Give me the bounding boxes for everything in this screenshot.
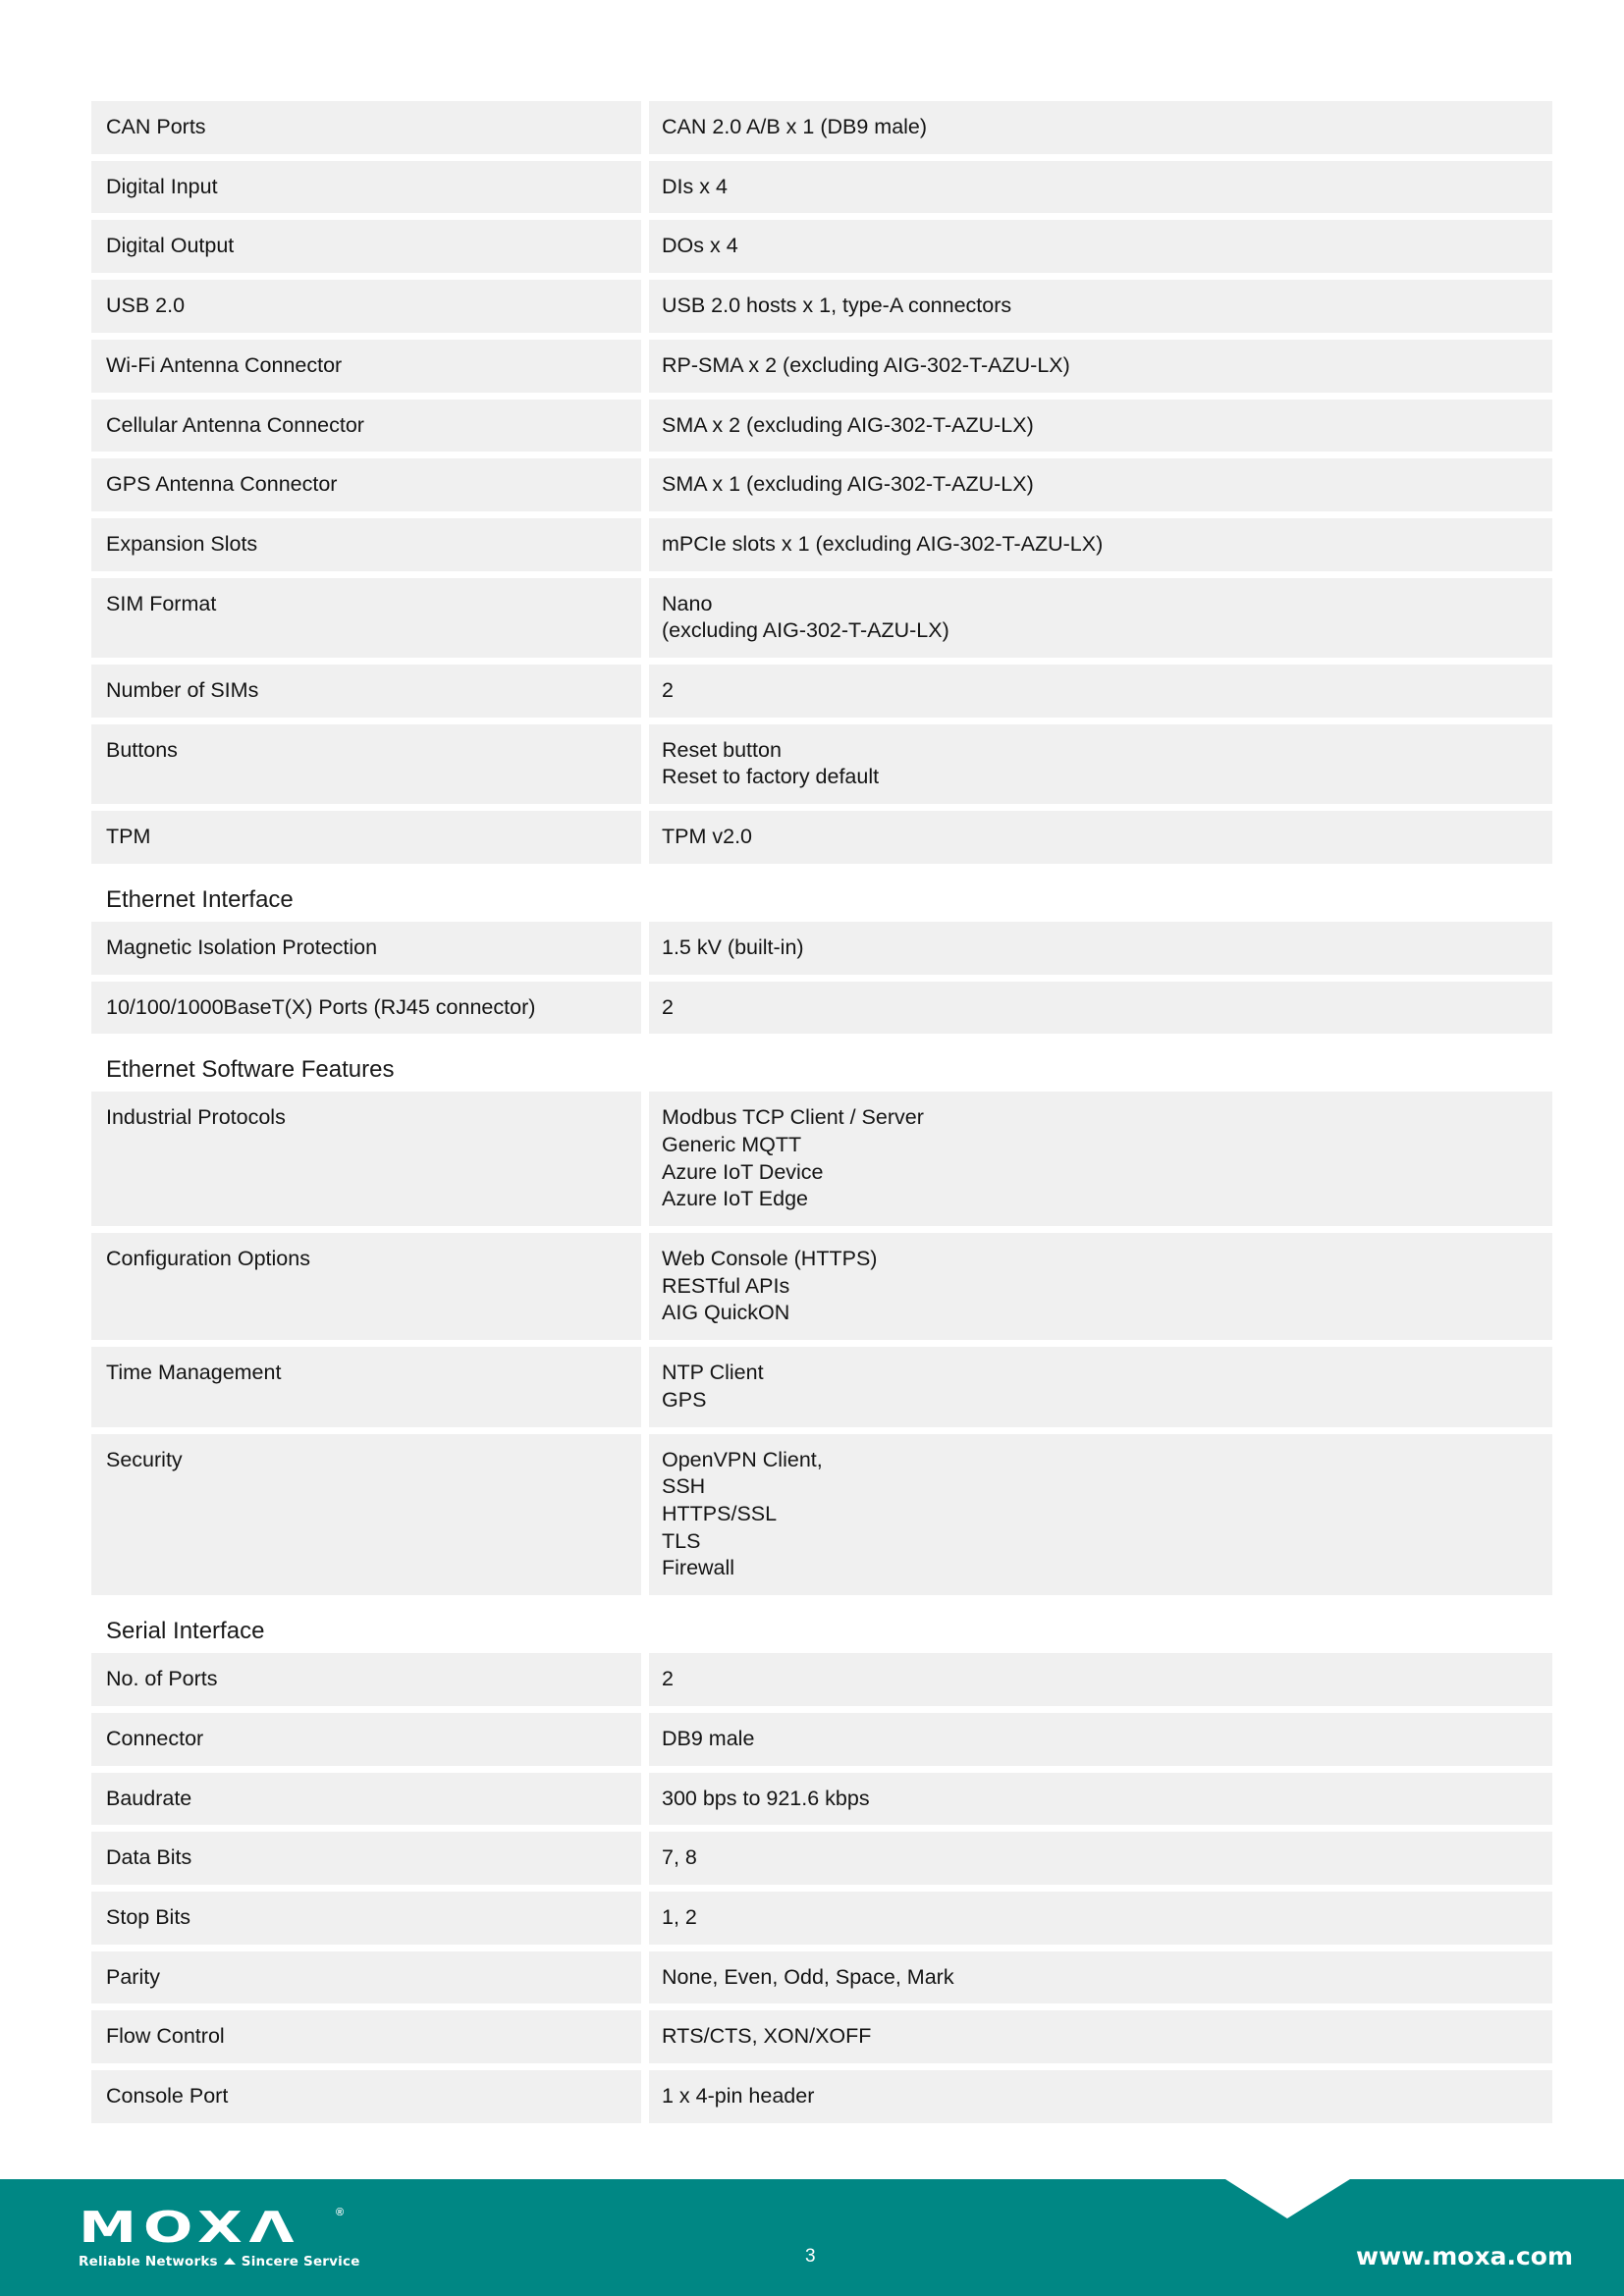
spec-row: ParityNone, Even, Odd, Space, Mark [91, 1951, 1552, 2004]
spec-row: ConnectorDB9 male [91, 1713, 1552, 1766]
spec-label: Security [91, 1434, 641, 1596]
spec-value: DOs x 4 [649, 220, 1552, 273]
spec-value-line: RESTful APIs [662, 1273, 1539, 1301]
spec-value: 2 [649, 982, 1552, 1035]
spec-row: Digital InputDIs x 4 [91, 161, 1552, 214]
spec-value-line: 2 [662, 994, 1539, 1022]
spec-value-line: mPCIe slots x 1 (excluding AIG-302-T-AZU… [662, 531, 1539, 559]
spec-value-line: Modbus TCP Client / Server [662, 1104, 1539, 1132]
spec-value: DIs x 4 [649, 161, 1552, 214]
spec-table: CAN PortsCAN 2.0 A/B x 1 (DB9 male)Digit… [91, 101, 1552, 2130]
tagline-right: Sincere Service [242, 2254, 360, 2269]
registered-mark: ® [336, 2207, 344, 2218]
spec-value: USB 2.0 hosts x 1, type-A connectors [649, 280, 1552, 333]
spec-row: Stop Bits1, 2 [91, 1892, 1552, 1945]
spec-row: CAN PortsCAN 2.0 A/B x 1 (DB9 male) [91, 101, 1552, 154]
moxa-logo: MOXΛ ® Reliable NetworksSincere Service [79, 2209, 360, 2269]
section-header: Ethernet Interface [91, 871, 1552, 915]
spec-label: Parity [91, 1951, 641, 2004]
tagline-left: Reliable Networks [79, 2254, 218, 2269]
spec-label: Connector [91, 1713, 641, 1766]
spec-value-line: 1.5 kV (built-in) [662, 934, 1539, 962]
spec-value: RTS/CTS, XON/XOFF [649, 2010, 1552, 2063]
spec-value: NTP ClientGPS [649, 1347, 1552, 1426]
logo-wordmark: MOXΛ [79, 2209, 300, 2248]
spec-value: mPCIe slots x 1 (excluding AIG-302-T-AZU… [649, 518, 1552, 571]
spec-value: Modbus TCP Client / ServerGeneric MQTTAz… [649, 1092, 1552, 1226]
spec-value: RP-SMA x 2 (excluding AIG-302-T-AZU-LX) [649, 340, 1552, 393]
spec-row: TPMTPM v2.0 [91, 811, 1552, 864]
spec-row: 10/100/1000BaseT(X) Ports (RJ45 connecto… [91, 982, 1552, 1035]
page-footer: MOXΛ ® Reliable NetworksSincere Service … [0, 2179, 1624, 2296]
spec-value-line: AIG QuickON [662, 1300, 1539, 1327]
triangle-icon [224, 2258, 236, 2265]
spec-value-line: CAN 2.0 A/B x 1 (DB9 male) [662, 114, 1539, 141]
spec-value-line: None, Even, Odd, Space, Mark [662, 1964, 1539, 1992]
spec-value-line: Azure IoT Edge [662, 1186, 1539, 1213]
spec-label: Number of SIMs [91, 665, 641, 718]
spec-value-line: Azure IoT Device [662, 1159, 1539, 1187]
spec-label: GPS Antenna Connector [91, 458, 641, 511]
spec-row: Configuration OptionsWeb Console (HTTPS)… [91, 1233, 1552, 1340]
spec-label: Wi-Fi Antenna Connector [91, 340, 641, 393]
spec-value-line: SMA x 2 (excluding AIG-302-T-AZU-LX) [662, 412, 1539, 440]
spec-value-line: 1, 2 [662, 1904, 1539, 1932]
spec-row: USB 2.0USB 2.0 hosts x 1, type-A connect… [91, 280, 1552, 333]
spec-label: Cellular Antenna Connector [91, 400, 641, 453]
section-header: Serial Interface [91, 1602, 1552, 1646]
spec-value: OpenVPN Client,SSHHTTPS/SSLTLSFirewall [649, 1434, 1552, 1596]
spec-value: TPM v2.0 [649, 811, 1552, 864]
spec-value-line: TLS [662, 1528, 1539, 1556]
spec-label: Stop Bits [91, 1892, 641, 1945]
spec-value-line: Web Console (HTTPS) [662, 1246, 1539, 1273]
spec-row: Cellular Antenna ConnectorSMA x 2 (exclu… [91, 400, 1552, 453]
spec-value-line: Reset button [662, 737, 1539, 765]
spec-value: 1.5 kV (built-in) [649, 922, 1552, 975]
spec-value-line: TPM v2.0 [662, 824, 1539, 851]
spec-value-line: 2 [662, 677, 1539, 705]
spec-row: Magnetic Isolation Protection1.5 kV (bui… [91, 922, 1552, 975]
spec-row: No. of Ports2 [91, 1653, 1552, 1706]
spec-value: CAN 2.0 A/B x 1 (DB9 male) [649, 101, 1552, 154]
spec-value-line: SSH [662, 1473, 1539, 1501]
spec-value-line: Nano [662, 591, 1539, 618]
section-header: Ethernet Software Features [91, 1041, 1552, 1085]
spec-row: Baudrate300 bps to 921.6 kbps [91, 1773, 1552, 1826]
spec-value-line: DIs x 4 [662, 174, 1539, 201]
spec-value-line: SMA x 1 (excluding AIG-302-T-AZU-LX) [662, 471, 1539, 499]
spec-value: None, Even, Odd, Space, Mark [649, 1951, 1552, 2004]
spec-label: Baudrate [91, 1773, 641, 1826]
spec-value: 2 [649, 665, 1552, 718]
spec-value-line: NTP Client [662, 1360, 1539, 1387]
spec-label: Configuration Options [91, 1233, 641, 1340]
spec-value: DB9 male [649, 1713, 1552, 1766]
spec-label: Console Port [91, 2070, 641, 2123]
spec-value-line: RP-SMA x 2 (excluding AIG-302-T-AZU-LX) [662, 352, 1539, 380]
spec-row: Flow ControlRTS/CTS, XON/XOFF [91, 2010, 1552, 2063]
spec-value-line: 1 x 4-pin header [662, 2083, 1539, 2110]
page-number: 3 [805, 2246, 816, 2268]
spec-value-line: 7, 8 [662, 1844, 1539, 1872]
spec-value-line: 2 [662, 1666, 1539, 1693]
spec-value: 2 [649, 1653, 1552, 1706]
spec-label: SIM Format [91, 578, 641, 658]
spec-value: 7, 8 [649, 1832, 1552, 1885]
spec-value-line: HTTPS/SSL [662, 1501, 1539, 1528]
spec-label: Buttons [91, 724, 641, 804]
spec-row: Wi-Fi Antenna ConnectorRP-SMA x 2 (exclu… [91, 340, 1552, 393]
spec-value-line: 300 bps to 921.6 kbps [662, 1786, 1539, 1813]
spec-row: SecurityOpenVPN Client,SSHHTTPS/SSLTLSFi… [91, 1434, 1552, 1596]
spec-value-line: OpenVPN Client, [662, 1447, 1539, 1474]
spec-label: Time Management [91, 1347, 641, 1426]
spec-row: Industrial ProtocolsModbus TCP Client / … [91, 1092, 1552, 1226]
spec-row: Time ManagementNTP ClientGPS [91, 1347, 1552, 1426]
spec-value: SMA x 1 (excluding AIG-302-T-AZU-LX) [649, 458, 1552, 511]
spec-value-line: USB 2.0 hosts x 1, type-A connectors [662, 293, 1539, 320]
spec-label: TPM [91, 811, 641, 864]
spec-row: Number of SIMs2 [91, 665, 1552, 718]
spec-row: Console Port1 x 4-pin header [91, 2070, 1552, 2123]
spec-value-line: (excluding AIG-302-T-AZU-LX) [662, 617, 1539, 645]
spec-value: 1 x 4-pin header [649, 2070, 1552, 2123]
spec-row: GPS Antenna ConnectorSMA x 1 (excluding … [91, 458, 1552, 511]
spec-label: CAN Ports [91, 101, 641, 154]
spec-value: 1, 2 [649, 1892, 1552, 1945]
spec-label: No. of Ports [91, 1653, 641, 1706]
spec-value-line: Firewall [662, 1555, 1539, 1582]
logo-tagline: Reliable NetworksSincere Service [79, 2254, 360, 2269]
spec-label: Magnetic Isolation Protection [91, 922, 641, 975]
spec-value-line: DOs x 4 [662, 233, 1539, 260]
spec-value-line: GPS [662, 1387, 1539, 1415]
spec-value: SMA x 2 (excluding AIG-302-T-AZU-LX) [649, 400, 1552, 453]
spec-row: Data Bits7, 8 [91, 1832, 1552, 1885]
spec-value-line: DB9 male [662, 1726, 1539, 1753]
spec-row: ButtonsReset buttonReset to factory defa… [91, 724, 1552, 804]
spec-label: Expansion Slots [91, 518, 641, 571]
spec-row: Expansion SlotsmPCIe slots x 1 (excludin… [91, 518, 1552, 571]
spec-label: Digital Output [91, 220, 641, 273]
spec-value: Web Console (HTTPS)RESTful APIsAIG Quick… [649, 1233, 1552, 1340]
website-link[interactable]: www.moxa.com [1356, 2242, 1573, 2271]
spec-label: USB 2.0 [91, 280, 641, 333]
spec-label: Data Bits [91, 1832, 641, 1885]
spec-label: Industrial Protocols [91, 1092, 641, 1226]
spec-row: Digital OutputDOs x 4 [91, 220, 1552, 273]
spec-value: Reset buttonReset to factory default [649, 724, 1552, 804]
spec-label: Flow Control [91, 2010, 641, 2063]
spec-value: Nano(excluding AIG-302-T-AZU-LX) [649, 578, 1552, 658]
footer-notch-decoration [1225, 2179, 1350, 2218]
spec-value-line: Generic MQTT [662, 1132, 1539, 1159]
spec-value: 300 bps to 921.6 kbps [649, 1773, 1552, 1826]
spec-label: 10/100/1000BaseT(X) Ports (RJ45 connecto… [91, 982, 641, 1035]
spec-label: Digital Input [91, 161, 641, 214]
spec-row: SIM FormatNano(excluding AIG-302-T-AZU-L… [91, 578, 1552, 658]
spec-value-line: Reset to factory default [662, 764, 1539, 791]
spec-value-line: RTS/CTS, XON/XOFF [662, 2023, 1539, 2051]
